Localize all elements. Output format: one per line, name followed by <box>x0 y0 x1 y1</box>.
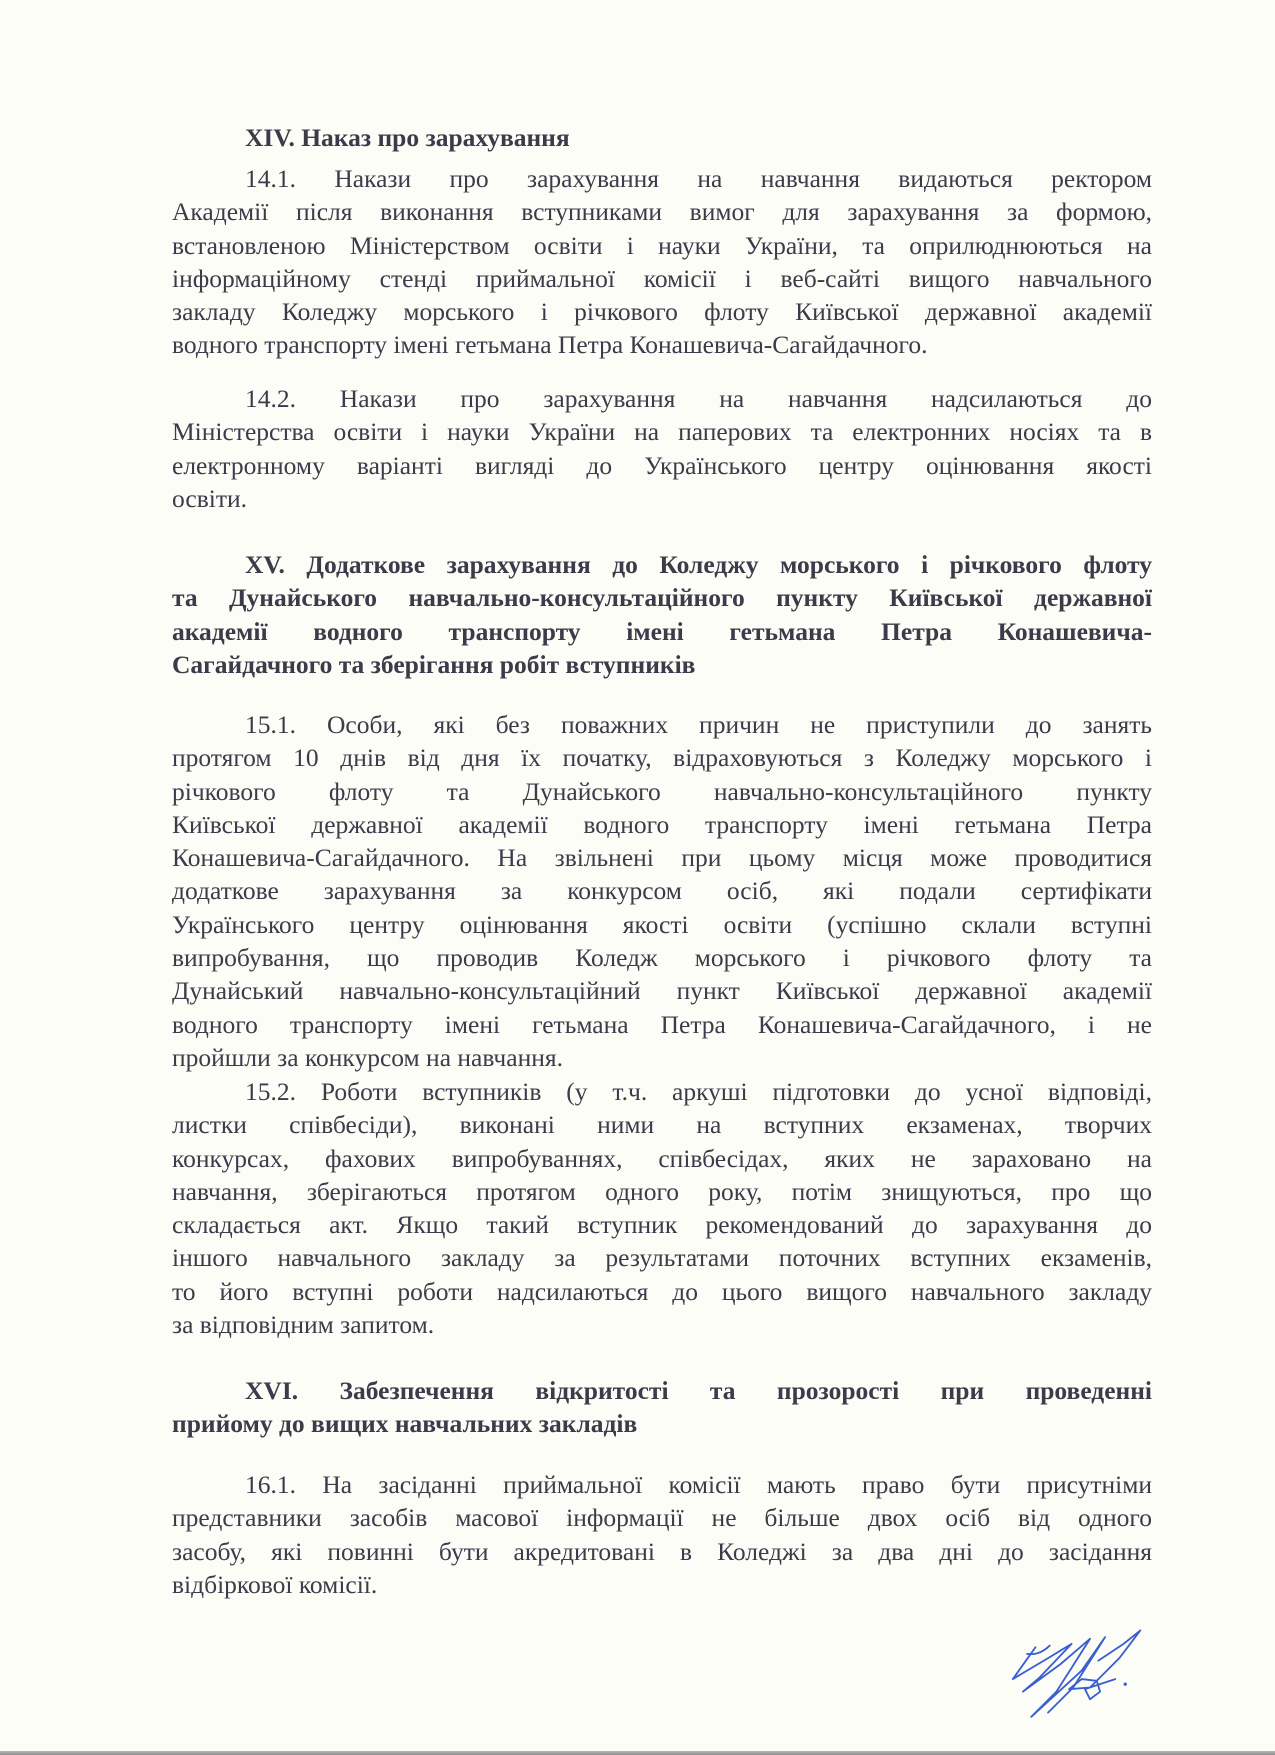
heading-line: академії водного транспорту імені гетьма… <box>172 615 1152 648</box>
paragraph-line: 15.2. Роботи вступників (у т.ч. аркуші п… <box>172 1075 1152 1108</box>
page-scan-edge <box>0 1751 1275 1755</box>
signature-icon <box>990 1612 1190 1742</box>
paragraph-line: інформаційному стенді приймальної комісі… <box>172 262 1152 295</box>
heading-line: XVI. Забезпечення відкритості та прозоро… <box>172 1374 1152 1407</box>
paragraph-line: протягом 10 днів від дня їх початку, від… <box>172 741 1152 774</box>
paragraph-line: освіти. <box>172 482 1152 515</box>
paragraph-line: конкурсах, фахових випробуваннях, співбе… <box>172 1142 1152 1175</box>
paragraph-line: за відповідним запитом. <box>172 1308 1152 1341</box>
paragraph-line: Конашевича-Сагайдачного. На звільнені пр… <box>172 841 1152 874</box>
heading-line: XIV. Наказ про зарахування <box>172 121 1152 154</box>
paragraph-line: 16.1. На засіданні приймальної комісії м… <box>172 1468 1152 1501</box>
document-page: XIV. Наказ про зарахування 14.1. Накази … <box>0 0 1275 1755</box>
paragraph-14-1: 14.1. Накази про зарахування на навчання… <box>172 162 1152 362</box>
paragraph-line: електронному варіанті вигляді до Українс… <box>172 449 1152 482</box>
paragraph-line: Українського центру оцінювання якості ос… <box>172 908 1152 941</box>
paragraph-line: встановленою Міністерством освіти і наук… <box>172 229 1152 262</box>
paragraph-line: представники засобів масової інформації … <box>172 1501 1152 1534</box>
heading-line: XV. Додаткове зарахування до Коледжу мор… <box>172 548 1152 581</box>
paragraph-line: Міністерства освіти і науки України на п… <box>172 415 1152 448</box>
paragraph-line: пройшли за конкурсом на навчання. <box>172 1041 1152 1074</box>
section-heading-xvi: XVI. Забезпечення відкритості та прозоро… <box>172 1374 1152 1441</box>
paragraph-line: 15.1. Особи, які без поважних причин не … <box>172 708 1152 741</box>
heading-line: та Дунайського навчально-консультаційног… <box>172 581 1152 614</box>
paragraph-line: листки співбесіди), виконані ними на вст… <box>172 1108 1152 1141</box>
paragraph-line: навчання, зберігаються протягом одного р… <box>172 1175 1152 1208</box>
section-heading-xiv: XIV. Наказ про зарахування <box>172 121 1152 154</box>
paragraph-line: закладу Коледжу морського і річкового фл… <box>172 295 1152 328</box>
heading-line: прийому до вищих навчальних закладів <box>172 1407 1152 1440</box>
paragraph-15-1: 15.1. Особи, які без поважних причин не … <box>172 708 1152 1074</box>
paragraph-line: додаткове зарахування за конкурсом осіб,… <box>172 874 1152 907</box>
paragraph-line: Дунайський навчально-консультаційний пун… <box>172 974 1152 1007</box>
paragraph-14-2: 14.2. Накази про зарахування на навчання… <box>172 382 1152 515</box>
paragraph-line: водного транспорту імені гетьмана Петра … <box>172 1008 1152 1041</box>
paragraph-line: водного транспорту імені гетьмана Петра … <box>172 328 1152 361</box>
paragraph-line: Київської державної академії водного тра… <box>172 808 1152 841</box>
paragraph-line: іншого навчального закладу за результата… <box>172 1241 1152 1274</box>
paragraph-15-2: 15.2. Роботи вступників (у т.ч. аркуші п… <box>172 1075 1152 1341</box>
paragraph-line: річкового флоту та Дунайського навчально… <box>172 775 1152 808</box>
paragraph-line: Академії після виконання вступниками вим… <box>172 195 1152 228</box>
paragraph-line: 14.1. Накази про зарахування на навчання… <box>172 162 1152 195</box>
heading-line: Сагайдачного та зберігання робіт вступни… <box>172 648 1152 681</box>
paragraph-line: то його вступні роботи надсилаються до ц… <box>172 1275 1152 1308</box>
paragraph-line: випробування, що проводив Коледж морсько… <box>172 941 1152 974</box>
paragraph-16-1: 16.1. На засіданні приймальної комісії м… <box>172 1468 1152 1601</box>
paragraph-line: 14.2. Накази про зарахування на навчання… <box>172 382 1152 415</box>
paragraph-line: складається акт. Якщо такий вступник рек… <box>172 1208 1152 1241</box>
section-heading-xv: XV. Додаткове зарахування до Коледжу мор… <box>172 548 1152 681</box>
paragraph-line: відбіркової комісії. <box>172 1568 1152 1601</box>
paragraph-line: засобу, які повинні бути акредитовані в … <box>172 1535 1152 1568</box>
